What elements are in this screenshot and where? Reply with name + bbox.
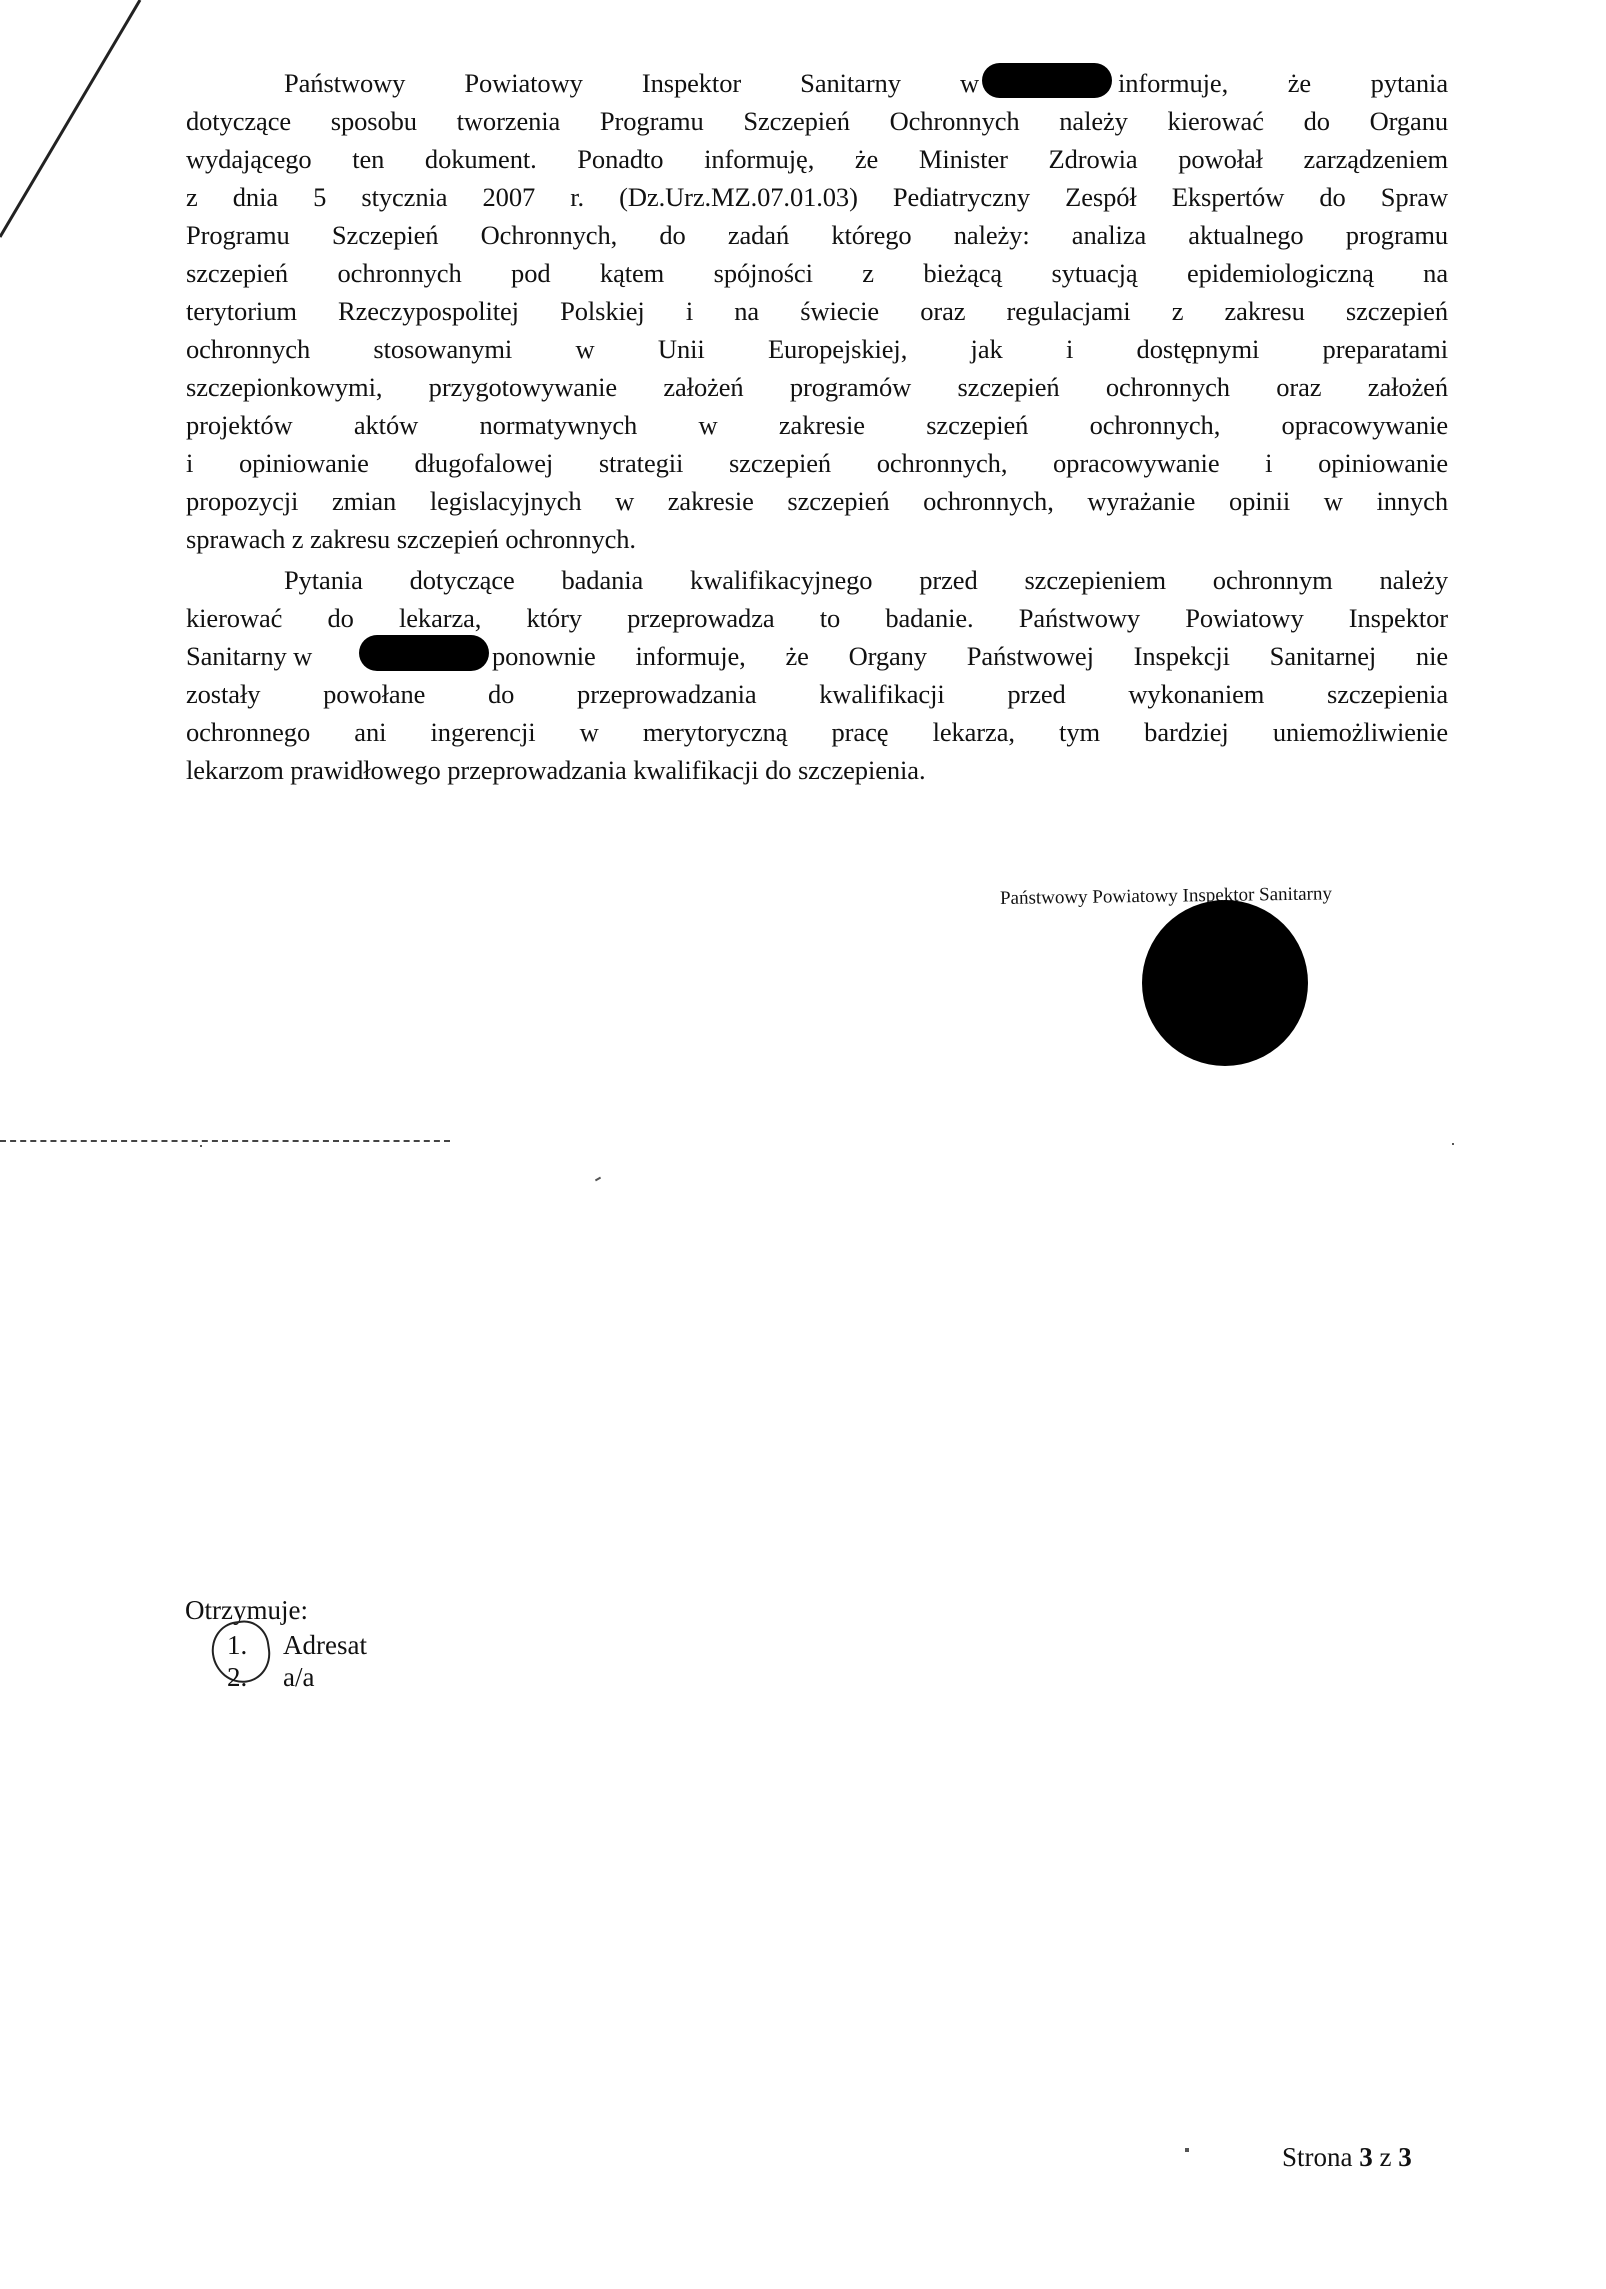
recipient-number: 2.	[227, 1661, 247, 1693]
scan-speck	[1185, 2148, 1189, 2152]
paragraph-line: Sanitarny w	[186, 637, 361, 675]
stamp-text: Państwowy Powiatowy Inspektor Sanitarny	[1000, 883, 1332, 910]
recipient-label: a/a	[283, 1661, 314, 1693]
paragraph-line: informuje, że pytania	[1118, 64, 1448, 102]
scan-speck	[200, 1145, 202, 1147]
total-pages: 3	[1398, 2142, 1412, 2172]
paragraph-line: lekarzom prawidłowego przeprowadzania kw…	[186, 751, 1448, 789]
page-separator: z	[1380, 2142, 1392, 2172]
paragraph-line: dotyczące sposobu tworzenia Programu Szc…	[186, 102, 1448, 140]
paragraph-line: Państwowy Powiatowy Inspektor Sanitarny …	[284, 64, 979, 102]
paragraph-line: ochronnego ani ingerencji w merytoryczną…	[186, 713, 1448, 751]
scan-artifact-line	[0, 1140, 450, 1142]
paragraph-line: i opiniowanie długofalowej strategii szc…	[186, 444, 1448, 482]
recipient-number: 1.	[227, 1629, 247, 1661]
paragraph-line: wydającego ten dokument. Ponadto informu…	[186, 140, 1448, 178]
paragraph-line: Pytania dotyczące badania kwalifikacyjne…	[284, 561, 1448, 599]
recipient-label: Adresat	[283, 1629, 367, 1661]
paragraph-line: z dnia 5 stycznia 2007 r. (Dz.Urz.MZ.07.…	[186, 178, 1448, 216]
paragraph-line: sprawach z zakresu szczepień ochronnych.	[186, 520, 1448, 558]
redaction-location-1	[982, 63, 1112, 98]
scan-speck	[1452, 1143, 1454, 1145]
paragraph-line: ponownie informuje, że Organy Państwowej…	[492, 637, 1448, 675]
paragraph-line: ochronnych stosowanymi w Unii Europejski…	[186, 330, 1448, 368]
page-prefix: Strona	[1282, 2142, 1353, 2172]
scan-mark-diagonal	[0, 0, 160, 260]
paragraph-line: Programu Szczepień Ochronnych, do zadań …	[186, 216, 1448, 254]
redaction-location-2	[359, 635, 489, 671]
paragraph-line: terytorium Rzeczypospolitej Polskiej i n…	[186, 292, 1448, 330]
paragraph-line: kierować do lekarza, który przeprowadza …	[186, 599, 1448, 637]
redacted-signature-circle	[1142, 900, 1308, 1066]
scan-speck	[595, 1177, 601, 1182]
paragraph-line: szczepień ochronnych pod kątem spójności…	[186, 254, 1448, 292]
current-page: 3	[1359, 2142, 1373, 2172]
document-page: Państwowy Powiatowy Inspektor Sanitarny …	[0, 0, 1606, 2289]
paragraph-line: propozycji zmian legislacyjnych w zakres…	[186, 482, 1448, 520]
paragraph-line: szczepionkowymi, przygotowywanie założeń…	[186, 368, 1448, 406]
paragraph-line: projektów aktów normatywnych w zakresie …	[186, 406, 1448, 444]
page-number: Strona 3 z 3	[1282, 2142, 1412, 2173]
paragraph-line: zostały powołane do przeprowadzania kwal…	[186, 675, 1448, 713]
